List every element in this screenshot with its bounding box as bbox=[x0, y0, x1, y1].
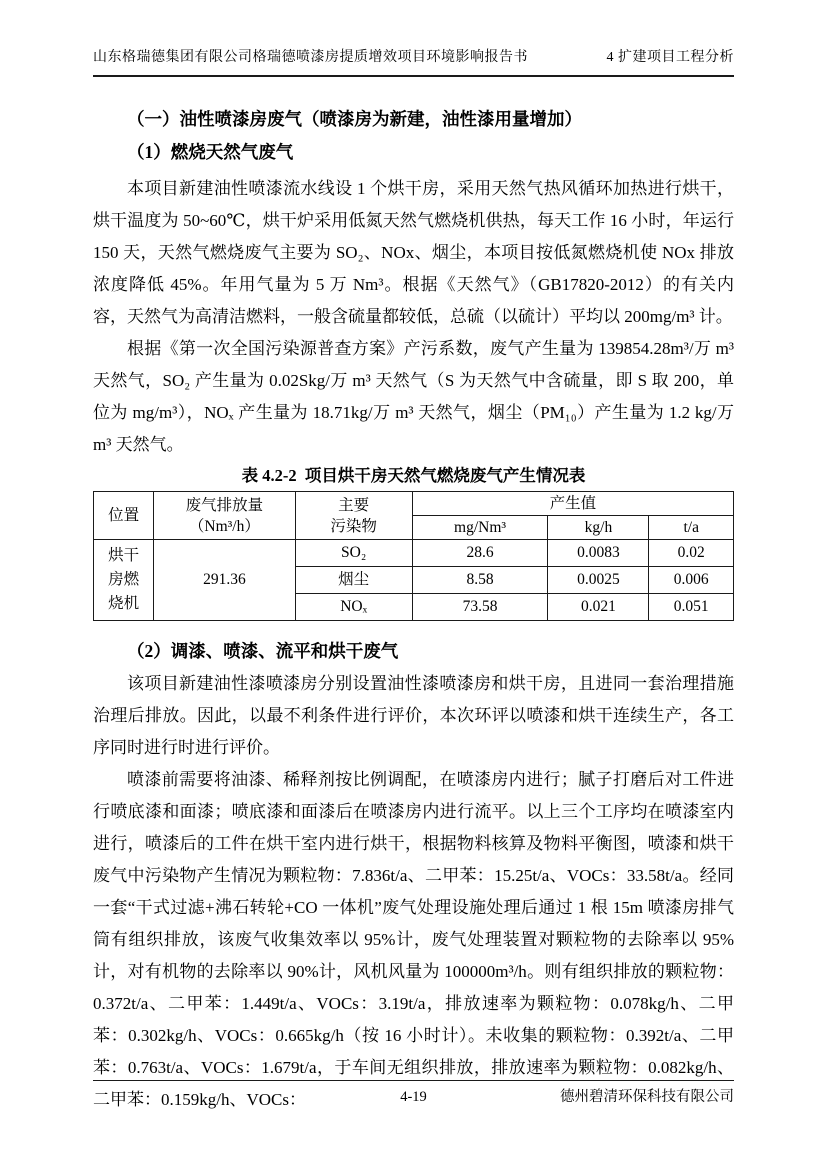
cell-nox-ta: 0.051 bbox=[649, 594, 734, 621]
footer-company-name: 德州碧清环保科技有限公司 bbox=[560, 1087, 734, 1107]
paragraph-spray-2: 喷漆前需要将油漆、稀释剂按比例调配，在喷漆房内进行；腻子打磨后对工件进行喷底漆和… bbox=[93, 764, 734, 1116]
col-header-location: 位置 bbox=[94, 492, 154, 540]
col-header-pollutant: 主要污染物 bbox=[295, 492, 412, 540]
col-header-pollutant-line1: 主要 bbox=[338, 497, 369, 514]
cell-dust-ta: 0.006 bbox=[649, 567, 734, 594]
cell-so2-kgh: 0.0083 bbox=[548, 540, 649, 567]
page-header: 山东格瑞德集团有限公司格瑞德喷漆房提质增效项目环境影响报告书 4 扩建项目工程分… bbox=[93, 48, 734, 77]
cell-pollutant-dust: 烟尘 bbox=[295, 567, 412, 594]
cell-so2-mg: 28.6 bbox=[412, 540, 548, 567]
col-header-unit-mg: mg/Nm³ bbox=[412, 516, 548, 540]
table-row: 烘干 房燃 烧机 291.36 SO₂ 28.6 0.0083 0.02 bbox=[94, 540, 734, 567]
subsection-heading-1: （1）燃烧天然气废气 bbox=[93, 136, 734, 169]
cell-so2-ta: 0.02 bbox=[649, 540, 734, 567]
table-caption: 表 4.2-2 项目烘干房天然气燃烧废气产生情况表 bbox=[93, 461, 734, 491]
subsection-heading-2: （2）调漆、喷漆、流平和烘干废气 bbox=[93, 635, 734, 668]
document-page: { "colors": { "text": "#000000", "backgr… bbox=[0, 0, 827, 1169]
paragraph-natural-gas-1: 本项目新建油性喷漆流水线设 1 个烘干房，采用天然气热风循环加热进行烘干，烘干温… bbox=[93, 173, 734, 333]
cell-emission-rate: 291.36 bbox=[154, 540, 295, 621]
report-page: 山东格瑞德集团有限公司格瑞德喷漆房提质增效项目环境影响报告书 4 扩建项目工程分… bbox=[0, 0, 827, 1169]
section-heading-1: （一）油性喷漆房废气（喷漆房为新建，油性漆用量增加） bbox=[93, 103, 734, 136]
col-header-value-group: 产生值 bbox=[412, 492, 733, 516]
page-footer: 4-19 德州碧清环保科技有限公司 bbox=[93, 1080, 734, 1107]
col-header-emission-line2: （Nm³/h） bbox=[189, 518, 260, 535]
paragraph-spray-1: 该项目新建油性漆喷漆房分别设置油性漆喷漆房和烘干房，且进同一套治理措施治理后排放… bbox=[93, 668, 734, 764]
col-header-unit-ta: t/a bbox=[649, 516, 734, 540]
col-header-emission-line1: 废气排放量 bbox=[186, 497, 264, 514]
cell-dust-mg: 8.58 bbox=[412, 567, 548, 594]
col-header-pollutant-line2: 污染物 bbox=[330, 518, 377, 535]
emission-table: 位置 废气排放量（Nm³/h） 主要污染物 产生值 mg/Nm³ kg/h t/… bbox=[93, 491, 734, 621]
cell-pollutant-so2: SO₂ bbox=[295, 540, 412, 567]
col-header-unit-kgh: kg/h bbox=[548, 516, 649, 540]
cell-nox-mg: 73.58 bbox=[412, 594, 548, 621]
cell-pollutant-nox: NOₓ bbox=[295, 594, 412, 621]
header-chapter-title: 4 扩建项目工程分析 bbox=[607, 48, 735, 68]
cell-location: 烘干 房燃 烧机 bbox=[94, 540, 154, 621]
paragraph-natural-gas-2: 根据《第一次全国污染源普查方案》产污系数，废气产生量为 139854.28m³/… bbox=[93, 333, 734, 461]
cell-dust-kgh: 0.0025 bbox=[548, 567, 649, 594]
cell-nox-kgh: 0.021 bbox=[548, 594, 649, 621]
header-report-title: 山东格瑞德集团有限公司格瑞德喷漆房提质增效项目环境影响报告书 bbox=[93, 48, 528, 68]
col-header-emission: 废气排放量（Nm³/h） bbox=[154, 492, 295, 540]
